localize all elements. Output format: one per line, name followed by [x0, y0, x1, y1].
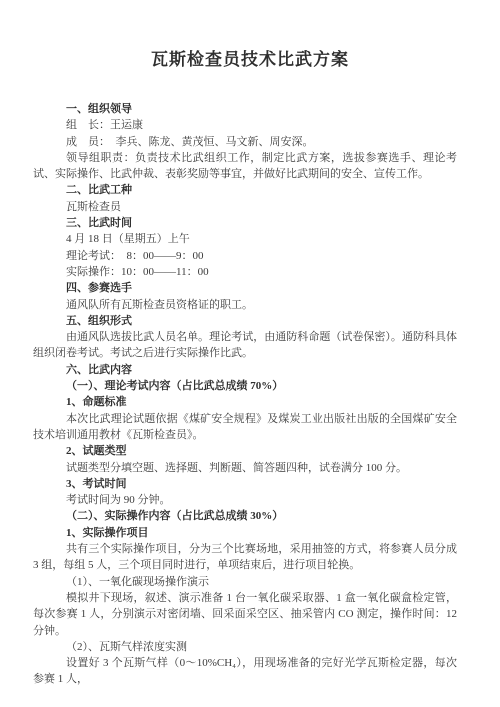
document-body: 一、组织领导组 长：王运康成 员： 李兵、陈龙、黄茂恒、马文新、周安深。领导组职… [33, 101, 457, 688]
heading-line-24: 1、实际操作项目 [33, 525, 457, 541]
heading-line-1: 一、组织领导 [33, 101, 457, 117]
heading-line-11: 四、参赛选手 [33, 280, 457, 296]
paragraph-line-14: 由通风队选拔比武人员名单。理论考试，由通防科命题（试卷保密）。通防科具体组织闭卷… [33, 329, 457, 362]
paragraph-line-12: 通风队所有瓦斯检查员资格证的职工。 [33, 297, 457, 313]
paragraph-line-27: 模拟井下现场，叙述、演示准备 1 台一氧化碳采取器、1 盒一氧化碳盒检定管，每次… [33, 590, 457, 639]
heading-line-23: （二）、实际操作内容（占比武总成绩 30%） [33, 508, 457, 524]
paragraph-line-10: 实际操作：10：00——11：00 [33, 264, 457, 280]
paragraph-line-9: 理论考试： 8：00——9：00 [33, 248, 457, 264]
paragraph-line-3: 成 员： 李兵、陈龙、黄茂恒、马文新、周安深。 [33, 134, 457, 150]
paragraph-line-26: （1）、一氧化碳现场操作演示 [33, 574, 457, 590]
paragraph-line-25: 共有三个实际操作项目，分为三个比赛场地，采用抽签的方式，将参赛人员分成 3 组，… [33, 541, 457, 574]
paragraph-line-18: 本次比武理论试题依据《煤矿安全规程》及煤炭工业出版社出版的全国煤矿安全技术培训通… [33, 411, 457, 444]
paragraph-line-22: 考试时间为 90 分钟。 [33, 492, 457, 508]
paragraph-line-6: 瓦斯检查员 [33, 199, 457, 215]
heading-line-15: 六、比武内容 [33, 362, 457, 378]
document-title: 瓦斯检查员技术比武方案 [0, 45, 500, 70]
paragraph-line-29: 设置好 3 个瓦斯气样（0～10%CH₄），用现场准备的完好光学瓦斯检定器，每次… [33, 655, 457, 688]
heading-line-21: 3、考试时间 [33, 476, 457, 492]
paragraph-line-20: 试题类型分填空题、选择题、判断题、简答题四种，试卷满分 100 分。 [33, 460, 457, 476]
document-page: 瓦斯检查员技术比武方案 一、组织领导组 长：王运康成 员： 李兵、陈龙、黄茂恒、… [0, 0, 500, 707]
paragraph-line-8: 4 月 18 日（星期五）上午 [33, 231, 457, 247]
paragraph-line-2: 组 长：王运康 [33, 117, 457, 133]
heading-line-7: 三、比武时间 [33, 215, 457, 231]
heading-line-5: 二、比武工种 [33, 182, 457, 198]
paragraph-line-4: 领导组职责：负责技术比武组织工作，制定比武方案，选拔参赛选手、理论考试、实际操作… [33, 150, 457, 183]
heading-line-19: 2、试题类型 [33, 443, 457, 459]
heading-line-16: （一）、理论考试内容（占比武总成绩 70%） [33, 378, 457, 394]
paragraph-line-28: （2）、瓦斯气样浓度实测 [33, 639, 457, 655]
heading-line-17: 1、命题标准 [33, 394, 457, 410]
heading-line-13: 五、组织形式 [33, 313, 457, 329]
